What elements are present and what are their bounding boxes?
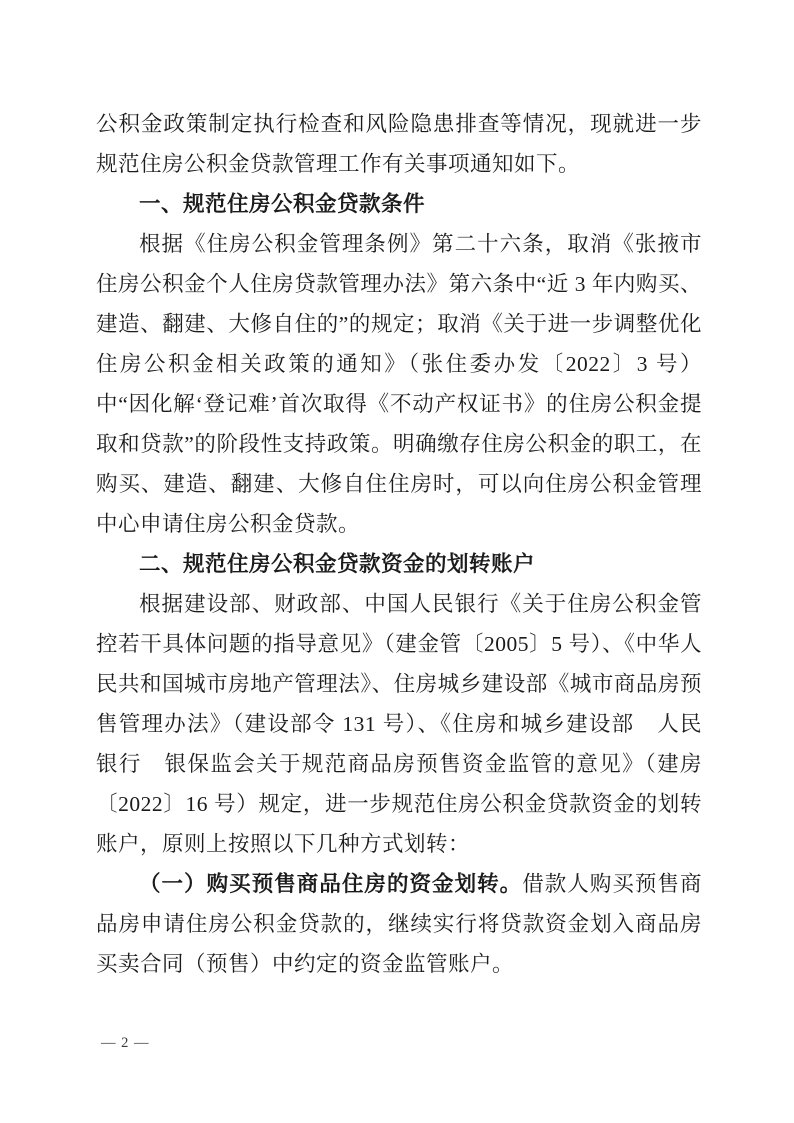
section-heading-1: 一、规范住房公积金贷款条件 — [96, 184, 702, 224]
paragraph-loan-conditions: 根据《住房公积金管理条例》第二十六条，取消《张掖市住房公积金个人住房贷款管理办法… — [96, 224, 702, 544]
paragraph-presale-transfer: （一）购买预售商品住房的资金划转。借款人购买预售商品房申请住房公积金贷款的，继续… — [96, 864, 702, 984]
paragraph-continuation: 公积金政策制定执行检查和风险隐患排查等情况，现就进一步规范住房公积金贷款管理工作… — [96, 104, 702, 184]
paragraph-fund-transfer-basis: 根据建设部、财政部、中国人民银行《关于住房公积金管控若干具体问题的指导意见》（建… — [96, 584, 702, 864]
page-number: — 2 — — [101, 1033, 150, 1053]
section-heading-2: 二、规范住房公积金贷款资金的划转账户 — [96, 544, 702, 584]
document-body: 公积金政策制定执行检查和风险隐患排查等情况，现就进一步规范住房公积金贷款管理工作… — [96, 104, 702, 984]
paragraph-bold-lead: （一）购买预售商品住房的资金划转。 — [139, 872, 522, 896]
document-page: 公积金政策制定执行检查和风险隐患排查等情况，现就进一步规范住房公积金贷款管理工作… — [0, 0, 794, 1123]
